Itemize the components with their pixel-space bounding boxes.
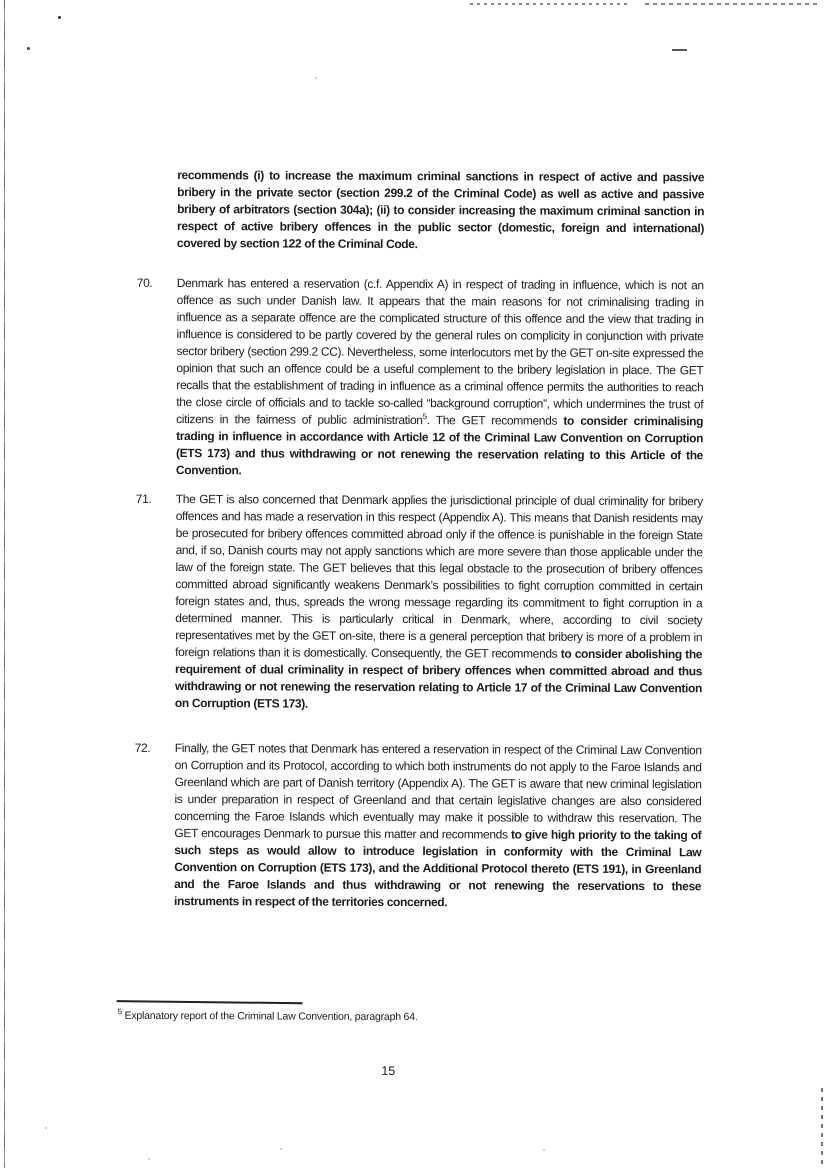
scan-artifact-right-edge-dashes <box>821 1088 823 1168</box>
footnote-marker: 5 <box>118 1007 122 1016</box>
paragraph-text: The GET is also concerned that Denmark a… <box>175 491 703 714</box>
page-number: 15 <box>373 1064 403 1078</box>
recommendation-continuation-paragraph: recommends (i) to increase the maximum c… <box>177 167 704 254</box>
paragraph-72: 72. Finally, the GET notes that Denmark … <box>134 740 702 912</box>
paragraph-text: Denmark has entered a reservation (c.f. … <box>176 275 704 481</box>
body-text: Finally, the GET notes that Denmark has … <box>174 741 701 841</box>
footnote-text: Explanatory report of the Criminal Law C… <box>125 1010 418 1023</box>
body-text: The GET is also concerned that Denmark a… <box>175 492 703 661</box>
footnote-separator <box>117 1000 303 1004</box>
footnote: 5 Explanatory report of the Criminal Law… <box>118 1009 538 1025</box>
document-page: recommends (i) to increase the maximum c… <box>0 0 825 1168</box>
paragraph-71: 71. The GET is also concerned that Denma… <box>135 491 703 714</box>
recommendation-bold-text: recommends (i) to increase the maximum c… <box>177 168 704 251</box>
body-text: Denmark has entered a reservation (c.f. … <box>176 276 704 427</box>
paragraph-number: 70. <box>136 275 177 479</box>
report-body: recommends (i) to increase the maximum c… <box>0 0 825 1168</box>
body-text: . The GET recommends <box>427 413 564 428</box>
paragraph-text: Finally, the GET notes that Denmark has … <box>174 740 702 912</box>
paragraph-number: 71. <box>135 491 176 712</box>
paragraph-70: 70. Denmark has entered a reservation (c… <box>136 275 704 481</box>
paragraph-number: 72. <box>134 740 175 910</box>
